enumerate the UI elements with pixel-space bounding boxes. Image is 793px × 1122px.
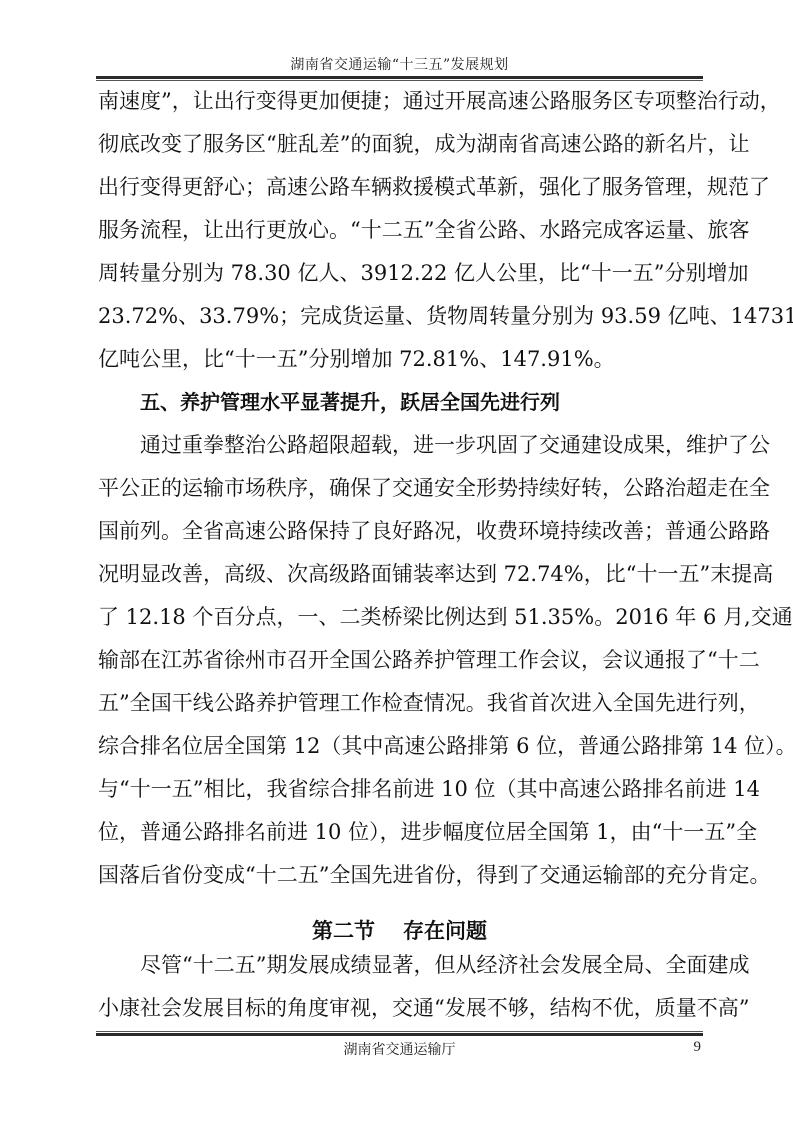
- paragraph-line: 了 12.18 个百分点，一、二类桥梁比例达到 51.35%。2016 年 6 …: [98, 602, 702, 645]
- paragraph-line: 平公正的运输市场秩序，确保了交通安全形势持续好转，公路治超走在全: [98, 473, 702, 516]
- paragraph-line: 国前列。全省高速公路保持了良好路况，收费环境持续改善；普通公路路: [98, 516, 702, 559]
- paragraph-line: 输部在江苏省徐州市召开全国公路养护管理工作会议，会议通报了“十二: [98, 645, 702, 688]
- section-title: 第二节存在问题: [96, 915, 703, 945]
- paragraph-line: 23.72%、33.79%；完成货运量、货物周转量分别为 93.59 亿吨、14…: [98, 301, 702, 344]
- footer-rule: [96, 1031, 703, 1036]
- subsection-heading: 五、养护管理水平显著提升，跃居全国先进行列: [98, 387, 702, 430]
- paragraph-line: 通过重拳整治公路超限超载，进一步巩固了交通建设成果，维护了公: [98, 430, 702, 473]
- paragraph-line: 综合排名位居全国第 12（其中高速公路排第 6 位，普通公路排第 14 位）。: [98, 731, 702, 774]
- header-rule-thin: [96, 80, 703, 81]
- section-name: 存在问题: [403, 919, 487, 943]
- footer-rule-thin: [96, 1031, 703, 1032]
- header-rule-thick: [96, 76, 703, 79]
- paragraph-line: 尽管“十二五”期发展成绩显著，但从经济社会发展全局、全面建成: [98, 950, 702, 993]
- footer-organization: 湖南省交通运输厅: [96, 1039, 703, 1059]
- paragraph-line: 南速度”，让出行变得更加便捷；通过开展高速公路服务区专项整治行动，: [98, 86, 702, 129]
- paragraph-line: 国落后省份变成“十二五”全国先进省份，得到了交通运输部的充分肯定。: [98, 860, 702, 903]
- paragraph-line: 亿吨公里，比“十一五”分别增加 72.81%、147.91%。: [98, 344, 702, 387]
- header-rule: [96, 76, 703, 81]
- body-text-block: 南速度”，让出行变得更加便捷；通过开展高速公路服务区专项整治行动， 彻底改变了服…: [98, 86, 702, 903]
- paragraph-line: 彻底改变了服务区“脏乱差”的面貌，成为湖南省高速公路的新名片，让: [98, 129, 702, 172]
- paragraph-line: 位，普通公路排名前进 10 位），进步幅度位居全国第 1，由“十一五”全: [98, 817, 702, 860]
- paragraph-line: 小康社会发展目标的角度审视，交通“发展不够，结构不优，质量不高”: [98, 993, 702, 1036]
- running-header: 湖南省交通运输“十三五”发展规划: [96, 54, 703, 74]
- page-number: 9: [694, 1039, 702, 1056]
- paragraph-line: 服务流程，让出行更放心。“十二五”全省公路、水路完成客运量、旅客: [98, 215, 702, 258]
- paragraph-line: 周转量分别为 78.30 亿人、3912.22 亿人公里，比“十一五”分别增加: [98, 258, 702, 301]
- section-number: 第二节: [312, 919, 375, 943]
- section-body: 尽管“十二五”期发展成绩显著，但从经济社会发展全局、全面建成 小康社会发展目标的…: [98, 950, 702, 1036]
- paragraph-line: 与“十一五”相比，我省综合排名前进 10 位（其中高速公路排名前进 14: [98, 774, 702, 817]
- running-footer: 湖南省交通运输厅 9: [96, 1039, 703, 1059]
- footer-rule-thick: [96, 1033, 703, 1036]
- paragraph-line: 况明显改善，高级、次高级路面铺装率达到 72.74%，比“十一五”末提高: [98, 559, 702, 602]
- paragraph-line: 五”全国干线公路养护管理工作检查情况。我省首次进入全国先进行列，: [98, 688, 702, 731]
- paragraph-line: 出行变得更舒心；高速公路车辆救援模式革新，强化了服务管理，规范了: [98, 172, 702, 215]
